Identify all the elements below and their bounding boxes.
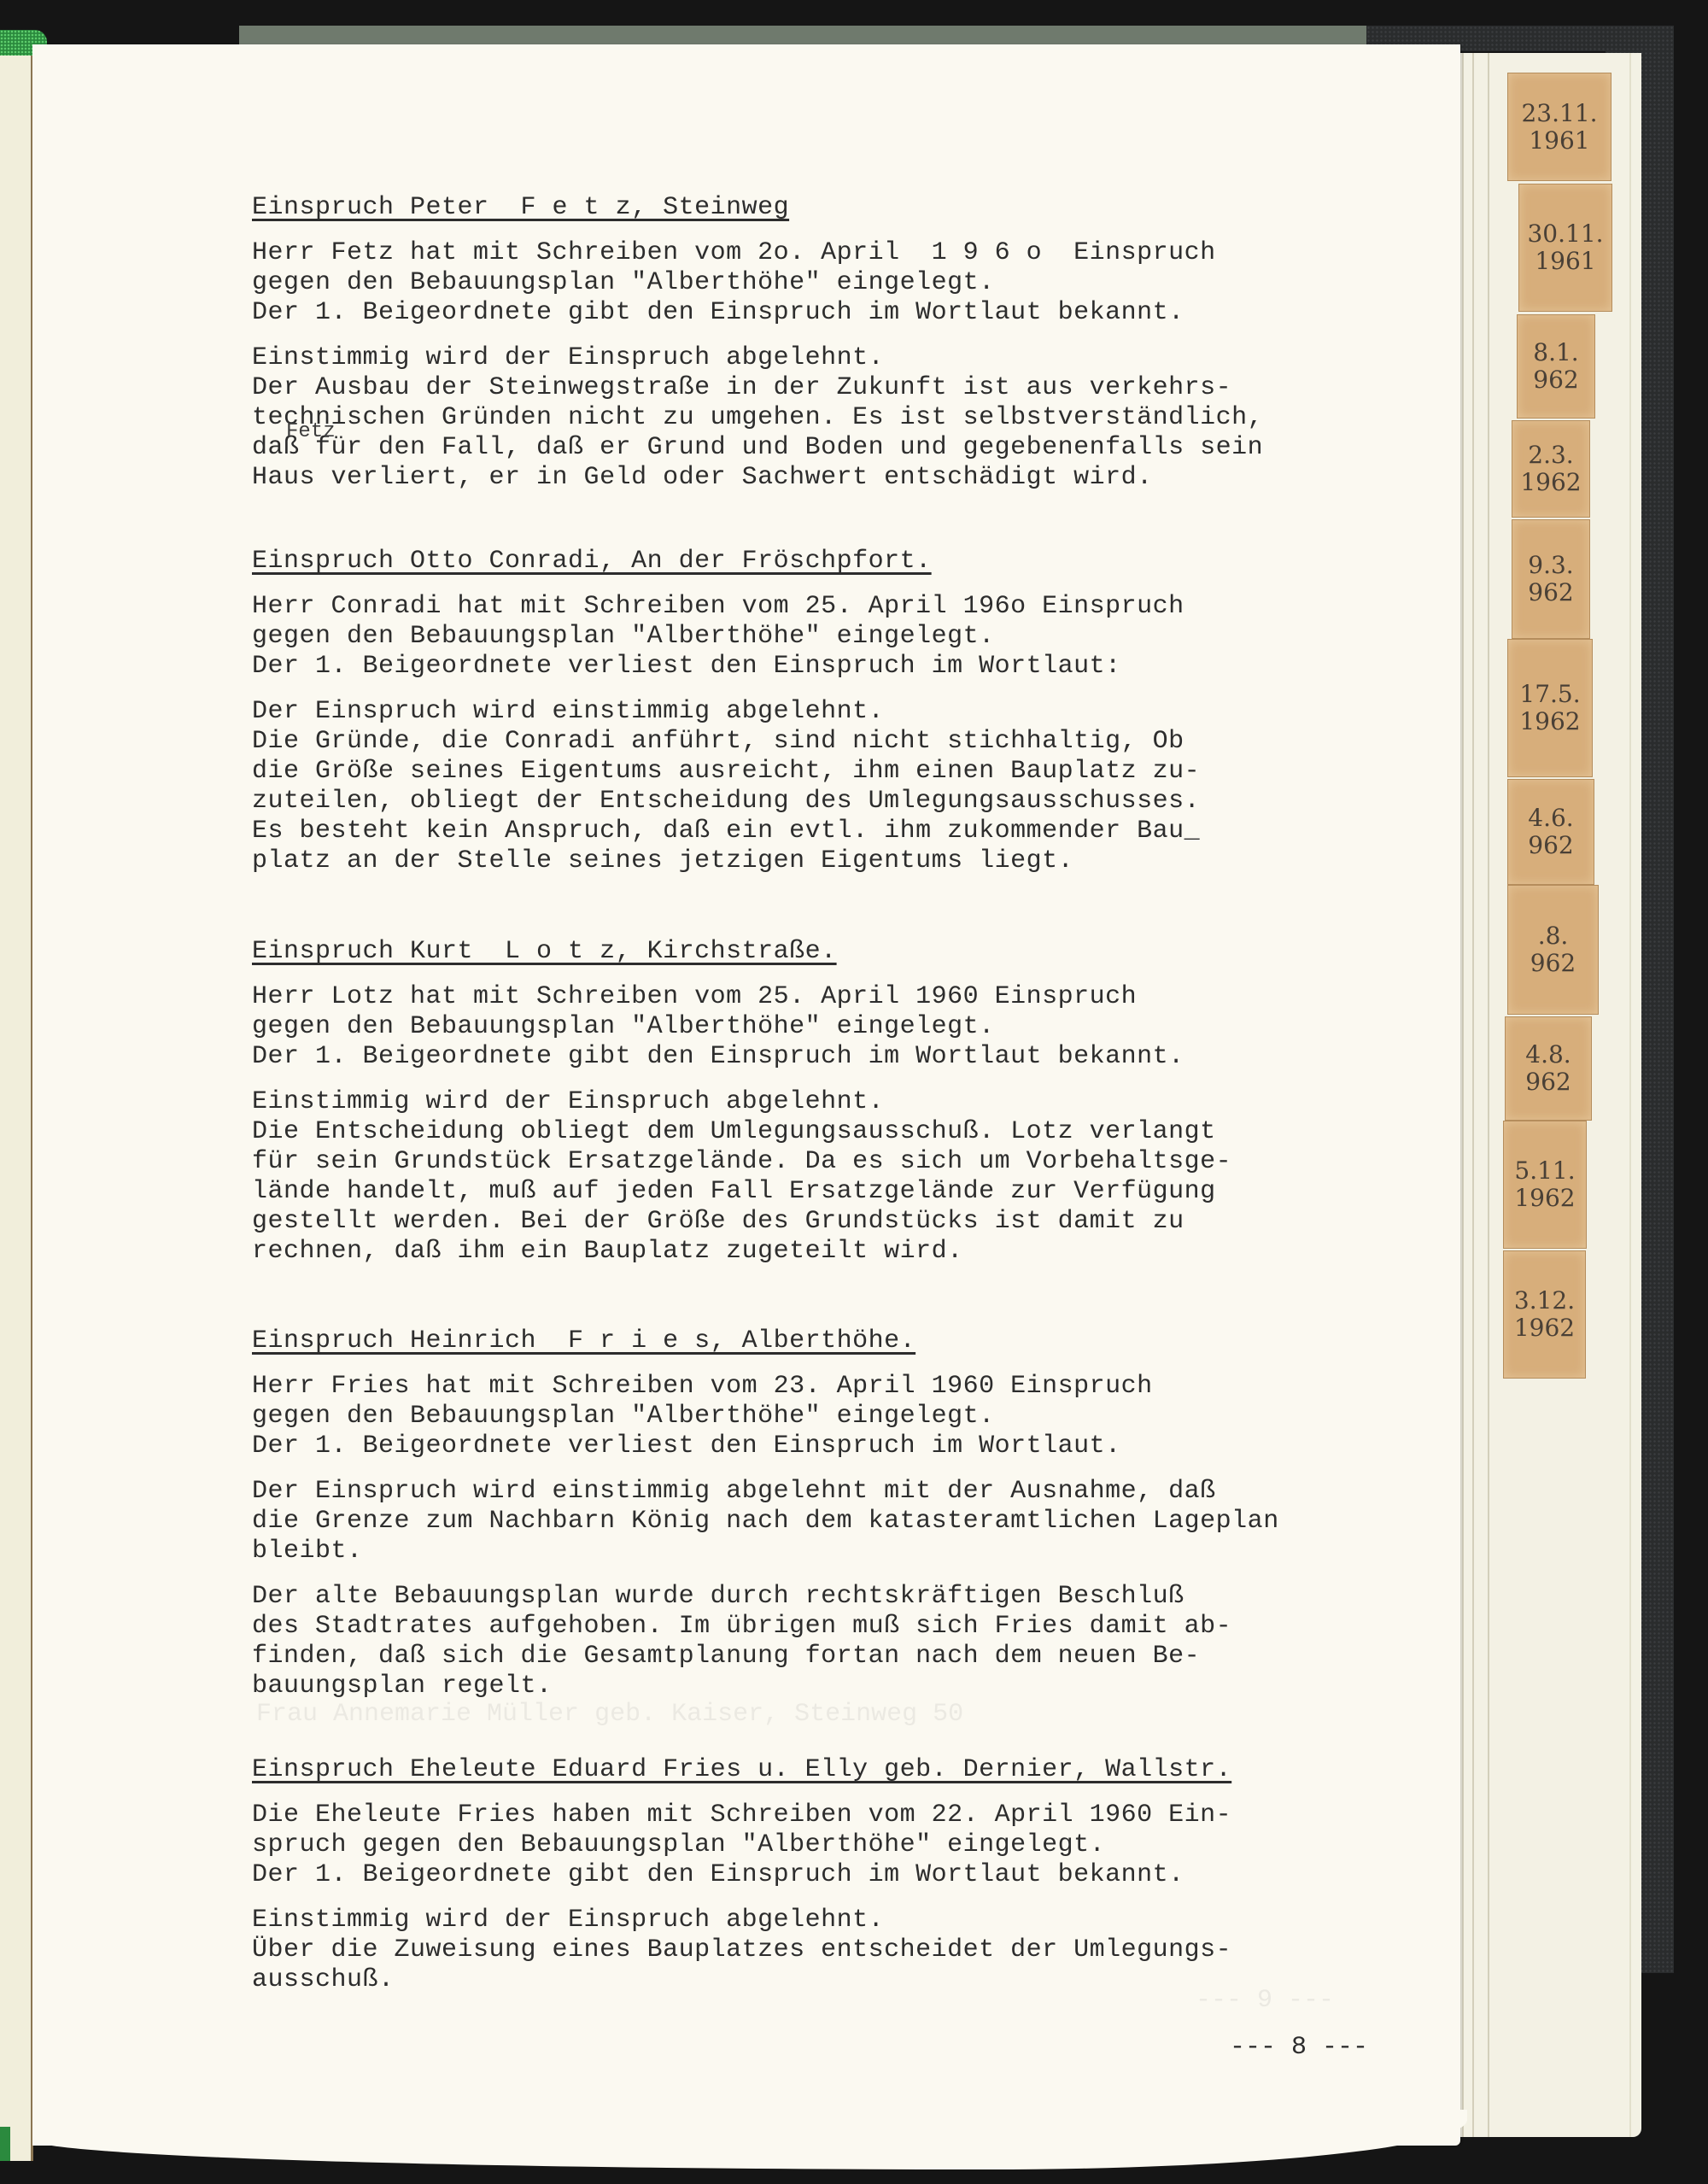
note-line: finden, daß sich die Gesamtplanung forta… [252,1642,1448,1672]
tab-date-line2: 962 [1508,950,1598,977]
decision-line: lände handelt, muß auf jeden Fall Ersatz… [252,1177,1448,1207]
tab-date-line2: 962 [1512,579,1589,606]
intro-line: Herr Fries hat mit Schreiben vom 23. Apr… [252,1372,1448,1402]
index-tab[interactable]: 4.6.962 [1507,779,1594,885]
index-tab[interactable]: 23.11.1961 [1507,73,1611,181]
intro-line: gegen den Bebauungsplan "Alberthöhe" ein… [252,268,1448,298]
decision-line: Über die Zuweisung eines Bauplatzes ents… [252,1935,1448,1965]
bleed-through-heading: Frau Annemarie Müller geb. Kaiser, Stein… [256,1700,963,1729]
intro-line: gegen den Bebauungsplan "Alberthöhe" ein… [252,622,1448,652]
note-line: bauungsplan regelt. [252,1672,1448,1701]
index-tab[interactable]: 17.5.1962 [1507,639,1593,777]
index-tab[interactable]: .8.962 [1507,885,1599,1015]
intro-line: Der 1. Beigeordnete verliest den Einspru… [252,652,1448,682]
intro-line: gegen den Bebauungsplan "Alberthöhe" ein… [252,1012,1448,1042]
decision-line: Einstimmig wird der Einspruch abgelehnt. [252,1906,1448,1935]
tab-date-line1: 9.3. [1512,552,1589,579]
intro-line: Der 1. Beigeordnete gibt den Einspruch i… [252,1860,1448,1890]
section-heading: Einspruch Heinrich F r i e s, Alberthöhe… [252,1326,1448,1356]
decision-line: Einstimmig wird der Einspruch abgelehnt. [252,1087,1448,1117]
decision-line: Der Einspruch wird einstimmig abgelehnt … [252,1477,1448,1507]
tab-date-line2: 1962 [1504,1314,1585,1342]
decision-line: die Größe seines Eigentums ausreicht, ih… [252,757,1448,787]
section-heading: Einspruch Peter F e t z, Steinweg [252,193,1448,223]
decision-line: technischen Gründen nicht zu umgehen. Es… [252,403,1448,433]
section-heading: Einspruch Otto Conradi, An der Fröschpfo… [252,547,1448,577]
tab-date-line2: 962 [1518,366,1594,394]
tab-date-line2: 1962 [1512,469,1589,496]
decision-line: Die Entscheidung obliegt dem Umlegungsau… [252,1117,1448,1147]
tab-date-line2: 962 [1506,1069,1591,1096]
decision-line: bleibt. [252,1537,1448,1566]
decision-line: Einstimmig wird der Einspruch abgelehnt. [252,343,1448,373]
tab-date-line2: 1962 [1508,708,1592,735]
page-number: --- 8 --- [1230,2033,1368,2062]
tab-date-line1: 4.8. [1506,1041,1591,1069]
intro-line: Herr Conradi hat mit Schreiben vom 25. A… [252,592,1448,622]
tab-date-line2: 1962 [1504,1185,1586,1212]
decision-line: für sein Grundstück Ersatzgelände. Da es… [252,1147,1448,1177]
index-tab[interactable]: 30.11.1961 [1518,184,1612,312]
intro-line: Herr Lotz hat mit Schreiben vom 25. Apri… [252,982,1448,1012]
decision-line: platz an der Stelle seines jetzigen Eige… [252,846,1448,876]
tab-date-line1: 2.3. [1512,442,1589,469]
index-tab[interactable]: 5.11.1962 [1503,1121,1587,1249]
decision-line: Haus verliert, er in Geld oder Sachwert … [252,463,1448,493]
tab-date-line1: 3.12. [1504,1287,1585,1314]
objection-section: Einspruch Peter F e t z, SteinwegHerr Fe… [252,193,1448,493]
objection-section: Einspruch Otto Conradi, An der Fröschpfo… [252,547,1448,876]
intro-line: spruch gegen den Bebauungsplan "Alberthö… [252,1830,1448,1860]
previous-page-edge [0,43,33,2161]
decision-line: Es besteht kein Anspruch, daß ein evtl. … [252,817,1448,846]
index-tab[interactable]: 8.1.962 [1517,314,1595,419]
decision-line: Der Einspruch wird einstimmig abgelehnt. [252,697,1448,727]
tab-date-line1: .8. [1508,922,1598,950]
decision-line: daß für den Fall, daß er Grund und Boden… [252,433,1448,463]
index-tab[interactable]: 9.3.962 [1512,519,1590,639]
tab-date-line2: 1961 [1519,248,1611,275]
intro-line: Der 1. Beigeordnete gibt den Einspruch i… [252,1042,1448,1072]
decision-line: ausschuß. [252,1965,1448,1995]
decision-line: Die Gründe, die Conradi anführt, sind ni… [252,727,1448,757]
index-tab[interactable]: 4.8.962 [1505,1016,1592,1121]
tab-date-line1: 23.11. [1508,100,1611,127]
intro-line: Die Eheleute Fries haben mit Schreiben v… [252,1800,1448,1830]
tab-date-line1: 4.6. [1508,805,1594,832]
section-heading: Einspruch Eheleute Eduard Fries u. Elly … [252,1755,1448,1785]
objection-section: Einspruch Eheleute Eduard Fries u. Elly … [252,1755,1448,1995]
note-line: Der alte Bebauungsplan wurde durch recht… [252,1582,1448,1612]
index-tab[interactable]: 3.12.1962 [1503,1250,1586,1379]
intro-line: Herr Fetz hat mit Schreiben vom 2o. Apri… [252,238,1448,268]
decision-line: rechnen, daß ihm ein Bauplatz zugeteilt … [252,1237,1448,1267]
objection-section: Einspruch Heinrich F r i e s, Alberthöhe… [252,1326,1448,1701]
bookmark-ribbon-end [0,2127,10,2161]
objection-section: Einspruch Kurt L o t z, Kirchstraße.Herr… [252,937,1448,1267]
decision-line: gestellt werden. Bei der Größe des Grund… [252,1207,1448,1237]
intro-line: Der 1. Beigeordnete gibt den Einspruch i… [252,298,1448,328]
note-line: des Stadtrates aufgehoben. Im übrigen mu… [252,1612,1448,1642]
tab-date-line1: 30.11. [1519,220,1611,248]
tab-date-line2: 962 [1508,832,1594,859]
intro-line: Der 1. Beigeordnete verliest den Einspru… [252,1432,1448,1461]
decision-line: zuteilen, obliegt der Entscheidung des U… [252,787,1448,817]
tab-date-line1: 5.11. [1504,1157,1586,1185]
tab-date-line1: 8.1. [1518,339,1594,366]
section-heading: Einspruch Kurt L o t z, Kirchstraße. [252,937,1448,967]
tab-date-line2: 1961 [1508,127,1611,155]
decision-line: die Grenze zum Nachbarn König nach dem k… [252,1507,1448,1537]
typed-insertion: Fetz [286,420,336,443]
decision-line: Der Ausbau der Steinwegstraße in der Zuk… [252,373,1448,403]
page-curl [32,2110,1467,2169]
intro-line: gegen den Bebauungsplan "Alberthöhe" ein… [252,1402,1448,1432]
tab-date-line1: 17.5. [1508,681,1592,708]
index-tab[interactable]: 2.3.1962 [1512,420,1590,518]
